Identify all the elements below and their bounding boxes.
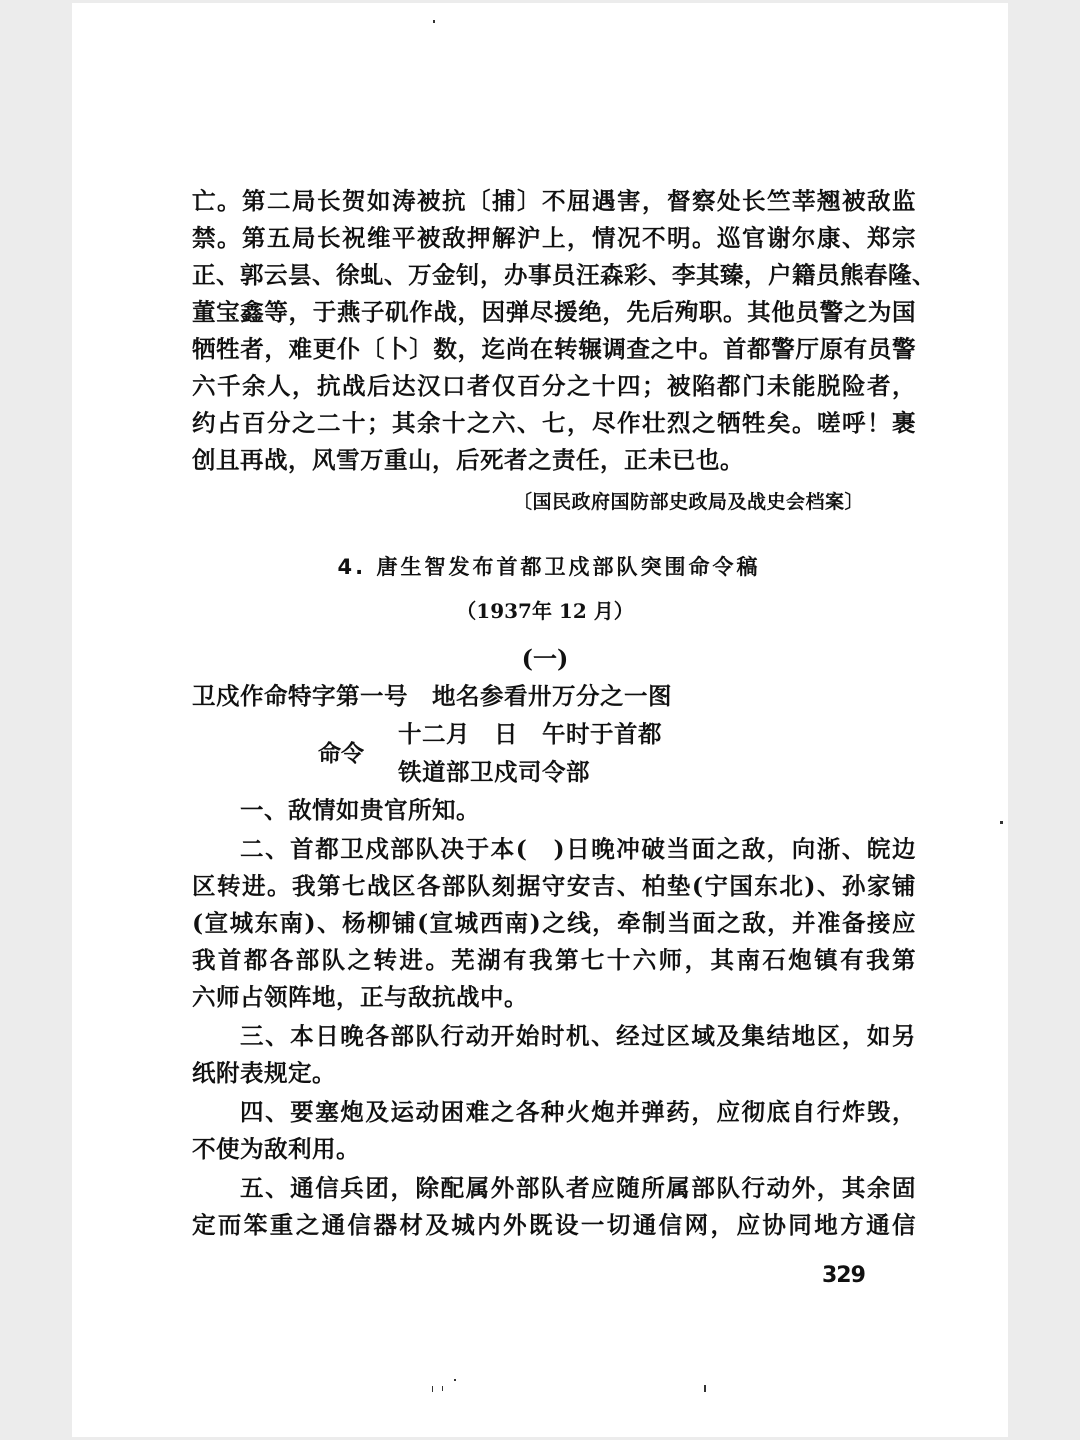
text-line: (宣城东南)、杨柳铺(宣城西南)之线，牵制当面之敌，并准备接应: [192, 906, 916, 940]
order-item-4: 四、要塞炮及运动困难之各种火炮并弹药，应彻底自行炸毁，: [192, 1095, 916, 1129]
section-title: 4. 唐生智发布首都卫戍部队突围命令稿: [72, 551, 1008, 581]
archive-source-citation: 〔国民政府国防部史政局及战史会档案〕: [513, 488, 864, 516]
text-line: 不使为敌利用。: [192, 1132, 360, 1166]
scan-speck: [704, 1385, 706, 1392]
order-item-5: 五、通信兵团，除配属外部队者应随所属部队行动外，其余固: [192, 1171, 916, 1205]
order-issuer: 铁道部卫戍司令部: [398, 755, 590, 789]
text-line: 正、郭云昙、徐虬、万金钊，办事员汪森彩、李其臻，户籍员熊春隆、: [192, 258, 916, 292]
order-item-3: 三、本日晚各部队行动开始时机、经过区域及集结地区，如另: [192, 1019, 916, 1053]
scan-speck: [433, 20, 435, 23]
text-line: 区转进。我第七战区各部队刻据守安吉、柏垫(宁国东北)、孙家铺: [192, 869, 916, 903]
text-line: 亡。第二局长贺如涛被抗〔捕〕不屈遇害，督察处长竺莘翘被敌监: [192, 184, 916, 218]
order-item-1: 一、敌情如贵官所知。: [192, 793, 480, 827]
scan-speck: [1000, 821, 1003, 824]
page-number: 329: [822, 1263, 865, 1288]
scan-speck: [454, 1379, 456, 1381]
text-line: 创且再战，风雪万重山，后死者之责任，正未已也。: [192, 443, 744, 477]
text-line: 牺牲者，难更仆〔卜〕数，迄尚在转辗调查之中。首都警厅原有员警: [192, 332, 916, 366]
document-page: 亡。第二局长贺如涛被抗〔捕〕不屈遇害，督察处长竺莘翘被敌监 禁。第五局长祝维平被…: [72, 3, 1008, 1437]
order-time-place: 十二月 日 午时于首都: [398, 717, 662, 751]
text-line: 约占百分之二十；其余十之六、七，尽作壮烈之牺牲矣。嗟呼！裹: [192, 406, 916, 440]
scan-speck: [442, 1386, 443, 1391]
text-line: 定而笨重之通信器材及城内外既设一切通信网，应协同地方通信: [192, 1208, 916, 1242]
text-line: 我首都各部队之转进。芜湖有我第七十六师，其南石炮镇有我第: [192, 943, 916, 977]
part-number: (一): [72, 639, 1008, 674]
section-date: （1937年 12 月）: [72, 595, 1008, 624]
scan-speck: [432, 1386, 433, 1392]
order-label: 命令: [318, 735, 364, 768]
text-line: 六千余人，抗战后达汉口者仅百分之十四；被陷都门未能脱险者，: [192, 369, 916, 403]
text-line: 纸附表规定。: [192, 1056, 336, 1090]
text-line: 六师占领阵地，正与敌抗战中。: [192, 980, 528, 1014]
text-line: 禁。第五局长祝维平被敌押解沪上，情况不明。巡官谢尔康、郑宗: [192, 221, 916, 255]
order-item-2: 二、首都卫戍部队决于本( )日晚冲破当面之敌，向浙、皖边: [192, 832, 916, 866]
text-line: 董宝鑫等，于燕子矶作战，因弹尽援绝，先后殉职。其他员警之为国: [192, 295, 916, 329]
order-reference-line: 卫戍作命特字第一号 地名参看卅万分之一图: [192, 679, 672, 713]
